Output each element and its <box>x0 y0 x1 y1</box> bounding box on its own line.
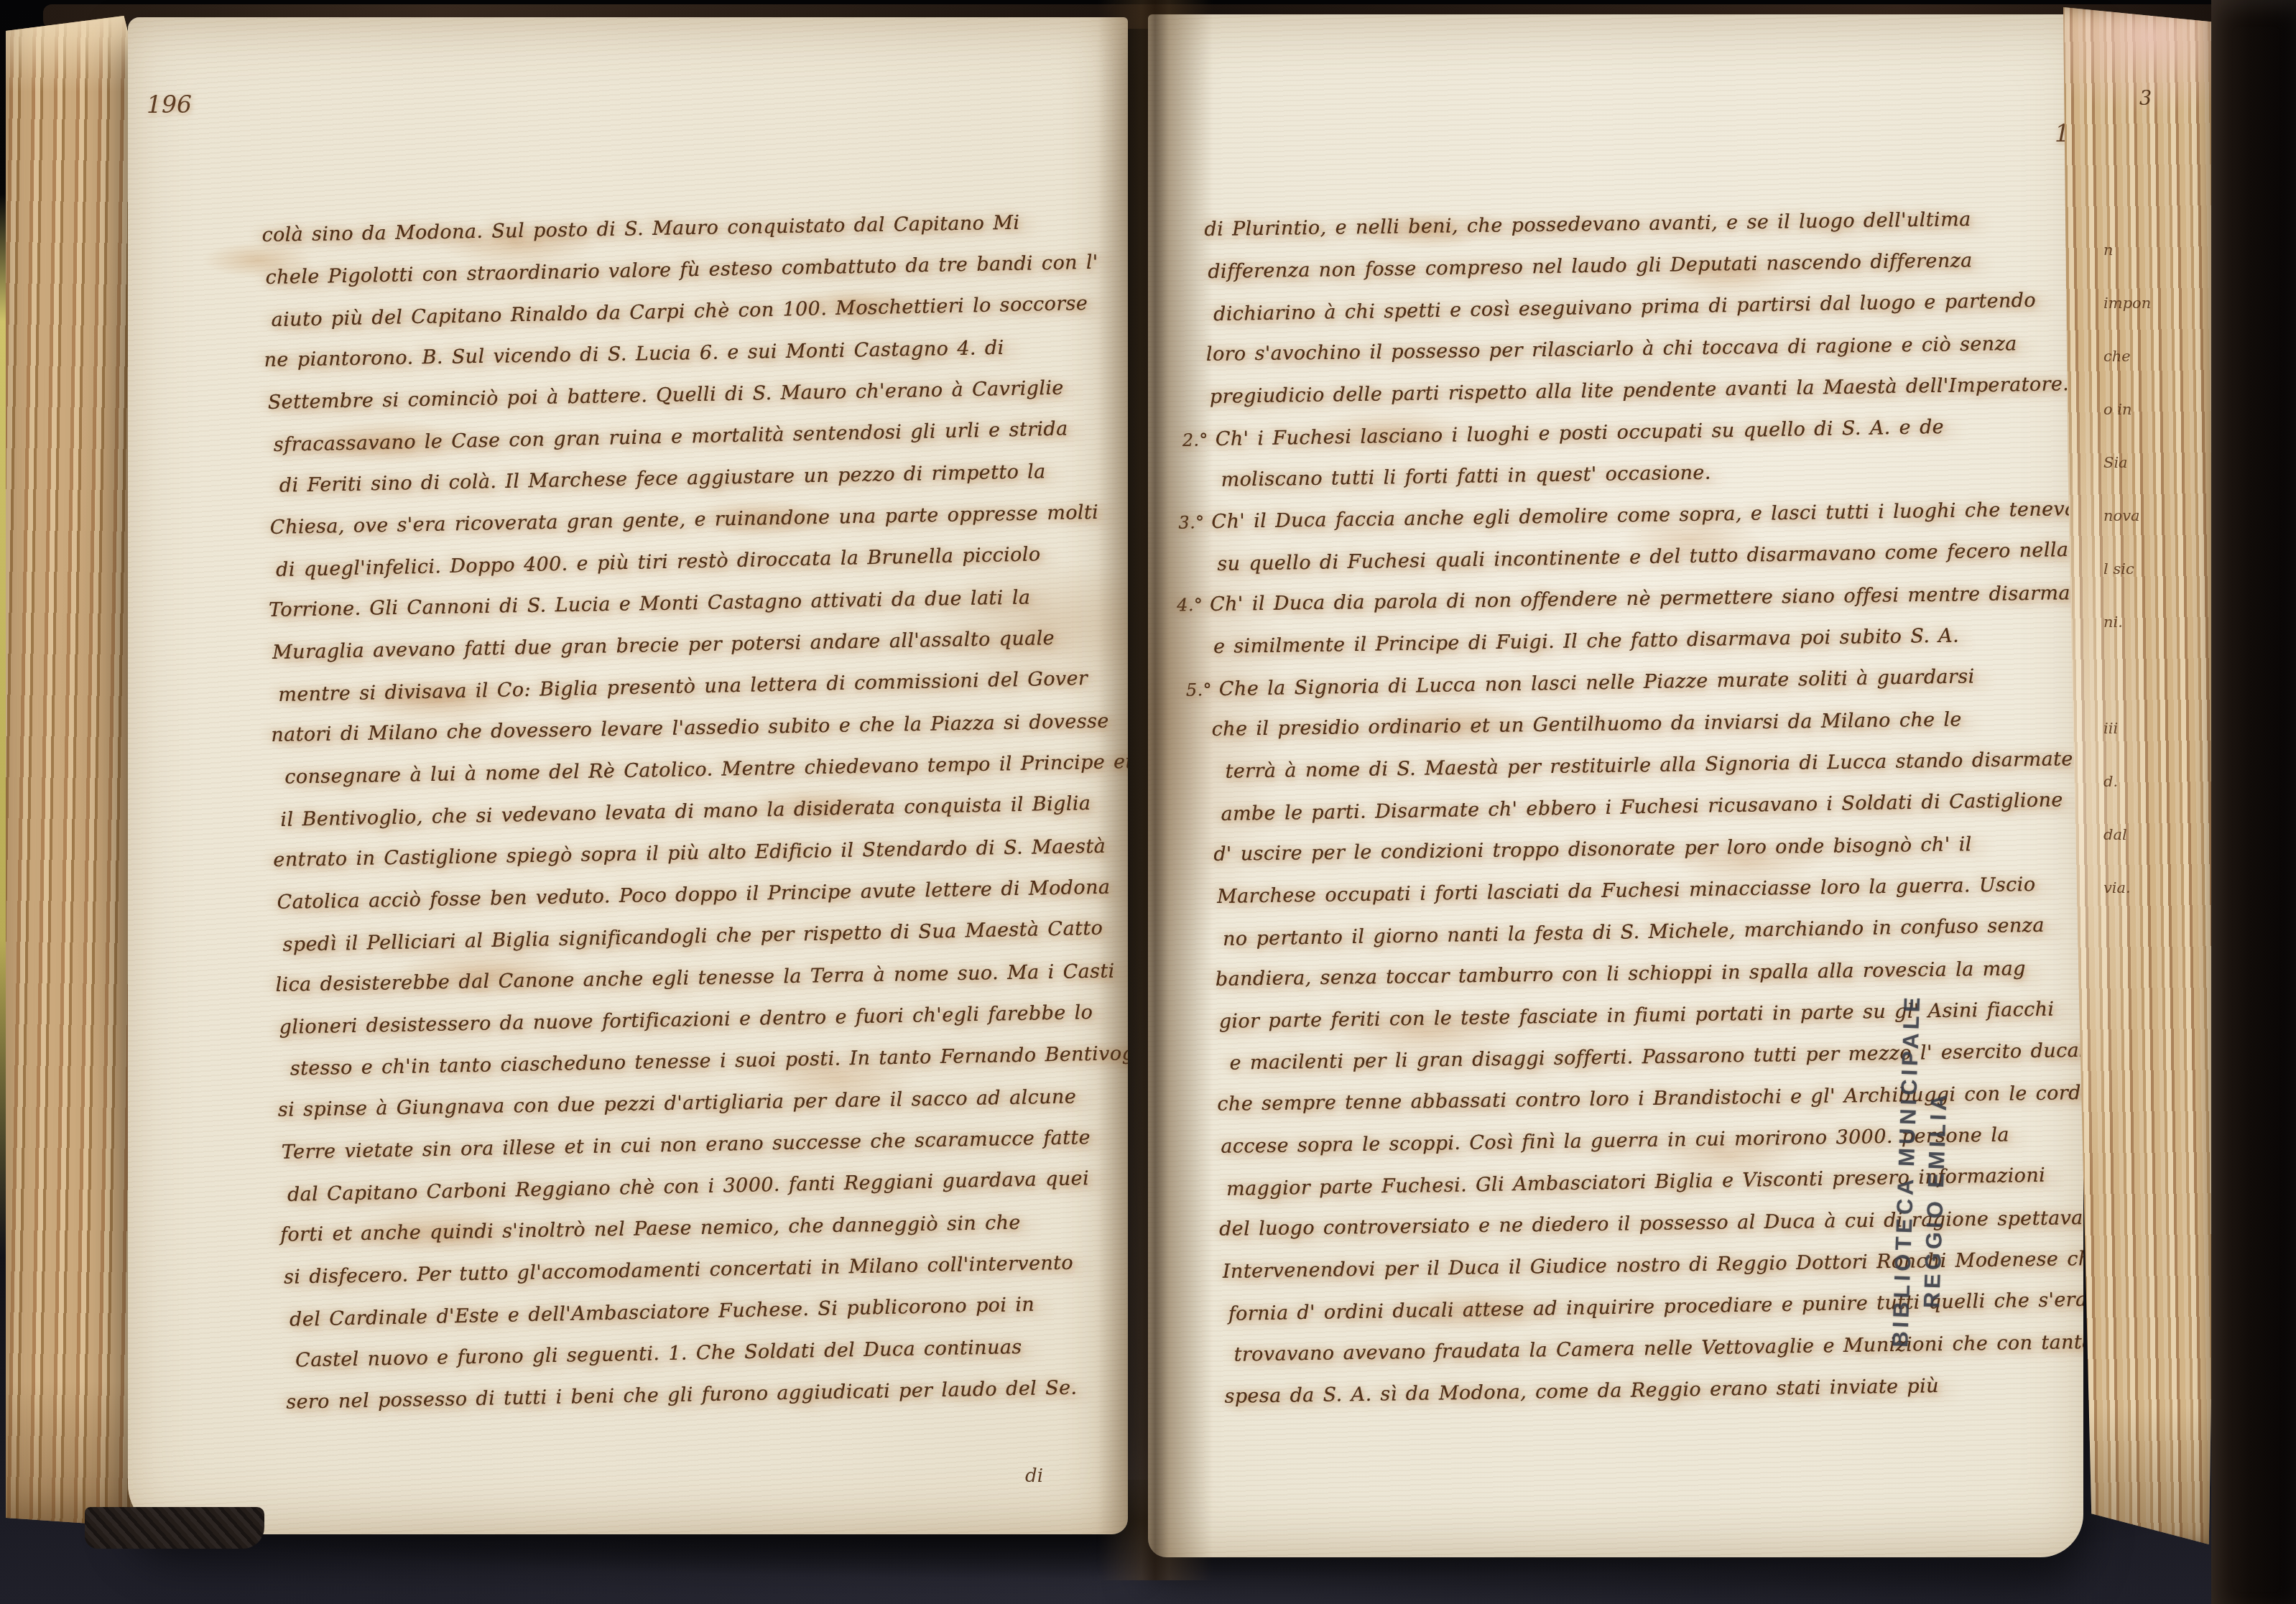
edge-page-digit: 3 <box>2139 88 2152 110</box>
manuscript-line-text: consegnare à lui à nome del Rè Catolico.… <box>284 751 1128 789</box>
manuscript-line-text: differenza non fosse compreso nel laudo … <box>1208 249 1973 283</box>
edge-text-fragment: impon <box>2103 295 2161 348</box>
manuscript-line-text: sfracassavano le Case con gran ruina e m… <box>274 417 1068 456</box>
edge-text-fragment: ni. <box>2103 613 2161 667</box>
manuscript-line-text: Ch' il Duca faccia anche egli demolire c… <box>1211 498 2077 533</box>
catchword: di <box>1025 1465 1043 1487</box>
manuscript-line-text: di Plurintio, e nelli beni, che possedev… <box>1204 208 1971 241</box>
edge-text-fragment: nova <box>2103 507 2161 560</box>
manuscript-line-text: Settembre si cominciò poi à battere. Que… <box>267 377 1063 414</box>
manuscript-line-text: Torrione. Gli Cannoni di S. Lucia e Mont… <box>269 586 1031 621</box>
manuscript-line-text: lica desisterebbe dal Canone anche egli … <box>275 960 1115 996</box>
manuscript-line-text: Chiesa, ove s'era ricoverata gran gente,… <box>270 501 1099 539</box>
manuscript-line-text: mentre si divisava il Co: Biglia present… <box>278 667 1088 706</box>
manuscript-line-text: il Bentivoglio, che si vedevano levata d… <box>280 792 1091 831</box>
left-page: 196 colà sino da Modona. Sul posto di S.… <box>128 17 1128 1534</box>
library-stamp: BIBLIOTECA MUNICIPALE REGGIO EMILIA <box>1887 981 2014 1350</box>
manuscript-line-text: Ch' i Fuchesi lasciano i luoghi e posti … <box>1215 416 1944 450</box>
manuscript-line-text: si disfecero. Per tutto gl'accomodamenti… <box>284 1252 1074 1289</box>
manuscript-line-text: forti et anche quindi s'inoltrò nel Paes… <box>280 1212 1021 1246</box>
manuscript-line-text: no pertanto il giorno nanti la festa di … <box>1223 914 2045 950</box>
manuscript-line-text: accese sopra le scoppi. Così finì la gue… <box>1221 1124 2009 1158</box>
manuscript-line-text: pregiudicio delle parti rispetto alla li… <box>1210 373 2070 408</box>
manuscript-line-text: natori di Milano che dovessero levare l'… <box>271 710 1109 746</box>
manuscript-line-text: Castel nuovo e furono gli seguenti. 1. C… <box>295 1336 1022 1372</box>
manuscript-line-text: moliscano tutti li forti fatti in quest'… <box>1221 462 1711 491</box>
manuscript-line-text: loro s'avochino il possesso per rilascia… <box>1206 333 2017 366</box>
manuscript-line-text: Catolica acciò fosse ben veduto. Poco do… <box>277 876 1110 914</box>
manuscript-line-text: di quegl'infelici. Doppo 400. e più tiri… <box>276 543 1041 581</box>
edge-text-fragment: iii <box>2103 720 2161 773</box>
right-page: 197 di Plurintio, e nelli beni, che poss… <box>1148 14 2083 1557</box>
manuscript-line-text: entrato in Castiglione spiegò sopra il p… <box>273 835 1106 871</box>
manuscript-line-text: spedì il Pelliciari al Biglia significan… <box>282 917 1103 956</box>
edge-text-fragment: che <box>2103 348 2161 401</box>
edge-text-fragment: dal <box>2103 826 2161 879</box>
edge-text-fragment: Sia <box>2103 454 2161 507</box>
book-gutter <box>1098 0 1213 1580</box>
edge-text-fragment <box>2103 667 2161 720</box>
manuscript-line-text: chele Pigolotti con straordinario valore… <box>265 251 1098 289</box>
cover-band <box>85 1507 264 1549</box>
manuscript-line-text: sero nel possesso di tutti i beni che gl… <box>286 1377 1078 1414</box>
manuscript-line-text: ne piantorono. B. Sul vicendo di S. Luci… <box>264 337 1004 371</box>
edge-text-fragment: d. <box>2103 773 2161 826</box>
manuscript-line-text: ambe le parti. Disarmate ch' ebbero i Fu… <box>1221 789 2063 825</box>
manuscript-line-text: glioneri desistessero da nuove fortifica… <box>279 1001 1093 1039</box>
manuscript-line-text: e similmente il Principe di Fuigi. Il ch… <box>1213 625 1960 658</box>
edge-text-fragment: o in <box>2103 401 2161 454</box>
manuscript-line-text: Ch' il Duca dia parola di non offendere … <box>1210 581 2083 616</box>
manuscript-line-text: spesa da S. A. sì da Modona, come da Reg… <box>1224 1375 1939 1408</box>
manuscript-line-text: dichiarino à chi spetti e così eseguivan… <box>1213 289 2036 325</box>
manuscript-line-text: che il presidio ordinario et un Gentilhu… <box>1212 708 1963 741</box>
manuscript-line-text: dal Capitano Carboni Reggiano chè con i … <box>287 1167 1090 1206</box>
edge-text-fragment: n <box>2103 241 2161 295</box>
manuscript-line-text: Marchese occupati i forti lasciati da Fu… <box>1217 873 2036 908</box>
edge-text-fragment: via. <box>2103 879 2161 932</box>
manuscript-line-text: Muraglia avevano fatti due gran brecie p… <box>272 627 1055 664</box>
manuscript-line-text: Terre vietate sin ora illese et in cui n… <box>282 1126 1091 1164</box>
manuscript-line-text: aiuto più del Capitano Rinaldo da Carpi … <box>271 292 1088 331</box>
manuscript-line-text: terrà à nome di S. Maestà per restituirl… <box>1225 748 2073 783</box>
manuscript-line-text: si spinse à Giungnava con due pezzi d'ar… <box>278 1085 1077 1121</box>
manuscript-line-text: stesso e ch'in tanto ciascheduno tenesse… <box>290 1042 1128 1080</box>
book-cover-right <box>2211 0 2296 1604</box>
page-edge-text-fragments: nimponcheo inSianoval sicni.iiid.dalvia. <box>2103 241 2161 932</box>
manuscript-line-text: di Feriti sino di colà. Il Marchese fece… <box>279 460 1046 497</box>
manuscript-line-text: Che la Signoria di Lucca non lasci nelle… <box>1219 665 1975 700</box>
manuscript-photo: 196 colà sino da Modona. Sul posto di S.… <box>0 0 2296 1604</box>
manuscript-line-text: d' uscire per le condizioni troppo dison… <box>1213 833 1972 866</box>
manuscript-line-text: del Cardinale d'Este e dell'Ambasciatore… <box>290 1294 1035 1331</box>
manuscript-line-text: colà sino da Modona. Sul posto di S. Mau… <box>261 212 1019 246</box>
left-page-text: colà sino da Modona. Sul posto di S. Mau… <box>264 200 1128 1424</box>
edge-text-fragment: l sic <box>2103 560 2161 613</box>
page-number-left: 196 <box>147 91 192 119</box>
